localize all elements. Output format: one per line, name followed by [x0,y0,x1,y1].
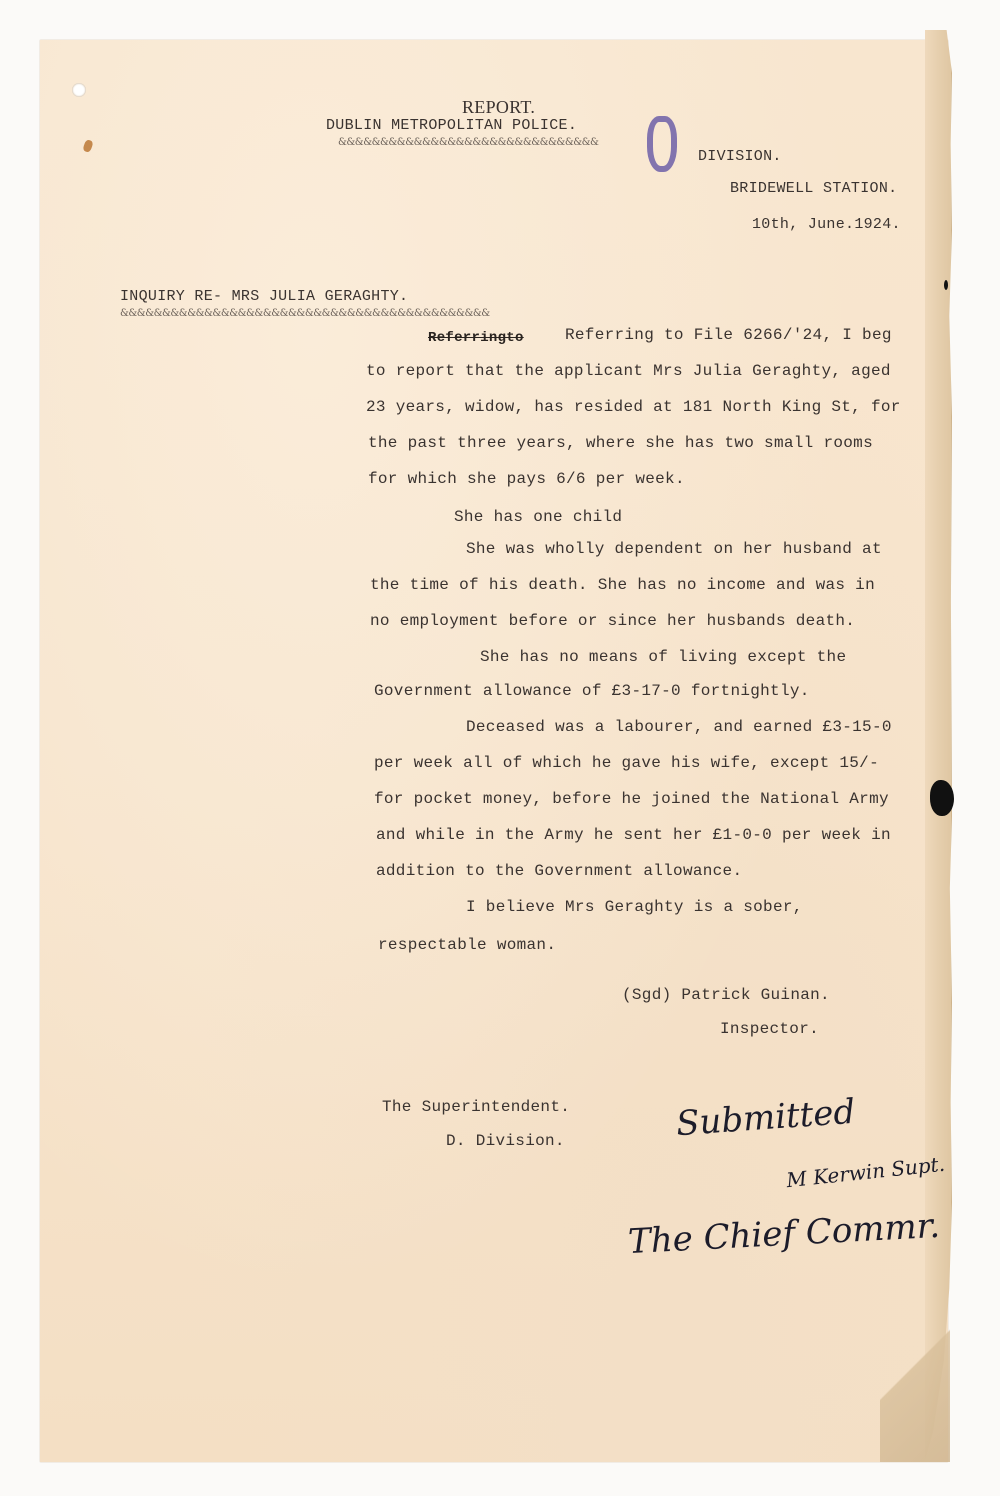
body-line: to report that the applicant Mrs Julia G… [366,362,891,380]
station-name: BRIDEWELL STATION. [730,180,897,197]
body-line: and while in the Army he sent her £1-0-0… [376,826,891,844]
body-line: 23 years, widow, has resided at 181 Nort… [366,398,901,416]
body-line: Referring to File 6266/'24, I beg [565,326,892,344]
division-label: DIVISION. [698,148,782,165]
torn-corner [880,1310,950,1462]
body-line: Government allowance of £3-17-0 fortnigh… [374,682,810,700]
body-line: for pocket money, before he joined the N… [374,790,889,808]
body-line: Deceased was a labourer, and earned £3-1… [466,718,892,736]
body-line: I believe Mrs Geraghty is a sober, [466,898,803,916]
report-title: REPORT. [462,97,535,118]
ink-blot [930,780,954,816]
addressee-line-2: D. Division. [446,1132,565,1150]
subject-line: INQUIRY RE- MRS JULIA GERAGHTY. [120,288,408,305]
organization-name: DUBLIN METROPOLITAN POLICE. [326,117,577,134]
body-line: the time of his death. She has no income… [370,576,875,594]
signer-rank: Inspector. [720,1020,819,1038]
body-line: She has no means of living except the [480,648,846,666]
punch-hole [72,83,86,97]
addressee-line-1: The Superintendent. [382,1098,570,1116]
body-line: the past three years, where she has two … [368,434,873,452]
body-line: She has one child [454,508,622,526]
struck-word: Referringto [428,330,524,346]
report-date: 10th, June.1924. [752,216,901,233]
division-stamp [647,116,677,172]
org-underline: &&&&&&&&&&&&&&&&&&&&&&&&&&&&&&& [338,137,598,148]
body-line: respectable woman. [378,936,556,954]
subject-underline: &&&&&&&&&&&&&&&&&&&&&&&&&&&&&&&&&&&&&&&&… [120,308,490,319]
ink-dot [944,280,948,290]
body-line: She was wholly dependent on her husband … [466,540,882,558]
body-line: addition to the Government allowance. [376,862,742,880]
body-line: per week all of which he gave his wife, … [374,754,879,772]
body-line: for which she pays 6/6 per week. [368,470,685,488]
body-line: no employment before or since her husban… [370,612,855,630]
signed-by: (Sgd) Patrick Guinan. [622,986,830,1004]
